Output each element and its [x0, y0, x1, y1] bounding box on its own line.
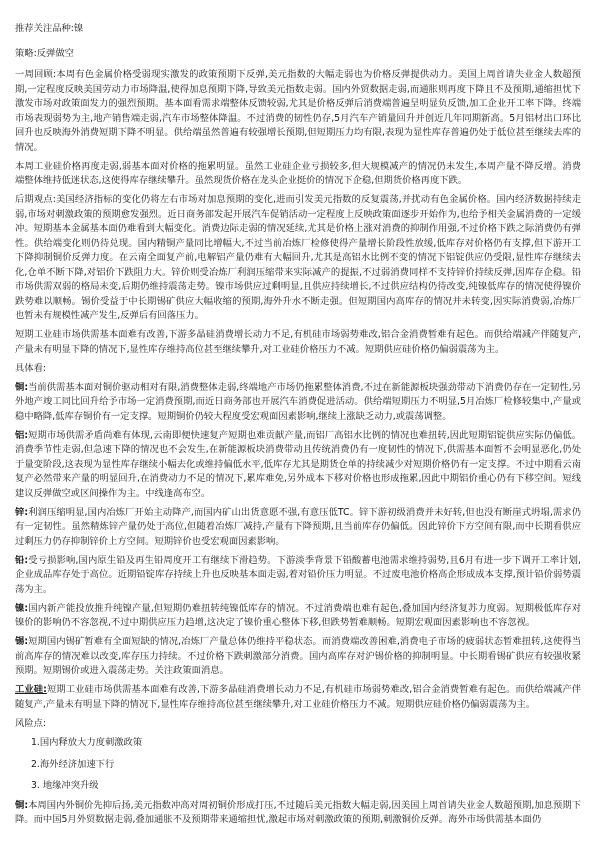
outlook-paragraph: 后期观点:美国经济指标的变化仍将左右市场对加息预期的变化,进而引发美元指数的反复…	[15, 193, 581, 324]
detail-heading: 具体看:	[15, 362, 581, 377]
industrial-silicon-view-paragraph: 工业硅:短期工业硅市场供需基本面难有改善,下游多晶硅消费增长动力不足,有机硅市场…	[15, 683, 581, 712]
industrial-silicon-label: 工业硅:	[15, 684, 47, 695]
copper-weekly-label: 铜:	[15, 800, 28, 811]
zinc-label: 锌:	[15, 507, 28, 518]
copper-weekly-paragraph: 铜:本周国内外铜价先抑后扬,美元指数冲高对周初铜价形成打压,不过随后美元指数大幅…	[15, 799, 581, 828]
aluminum-view-paragraph: 铝:短期市场供需矛盾尚难有体现,云南即便快速复产短期也难贡献产量,而铝厂高铝水比…	[15, 429, 581, 502]
copper-view-text: 当前供需基本面对铜价驱动相对有限,消费整体走弱,终端地产市场仍拖累整体消费,不过…	[15, 382, 581, 422]
recommended-variety-line: 推荐关注品种:镍	[15, 22, 581, 37]
weekly-review-paragraph: 一周回顾:本周有色金属价格受弱现实激发的政策预期下反弹,美元指数的大幅走弱也为价…	[15, 68, 581, 155]
tin-label: 锡:	[15, 636, 28, 647]
aluminum-view-text: 短期市场供需矛盾尚难有体现,云南即便快速复产短期也难贡献产量,而铝厂高铝水比例的…	[15, 430, 581, 499]
zinc-view-text: 利润压缩明显,国内冶炼厂开始主动降产,而国内矿山出货意愿不强,有意压低TC。锌下…	[15, 507, 581, 547]
aluminum-label: 铝:	[15, 430, 28, 441]
silicon-week-paragraph: 本周工业硅价格再度走弱,弱基本面对价格的拖累明显。虽然工业硅企业亏损较多,但大规…	[15, 160, 581, 189]
strategy-line: 策略:反弹做空	[15, 47, 581, 62]
nickel-label: 镍:	[15, 603, 28, 614]
silicon-outlook-paragraph: 短期工业硅市场供需基本面难有改善,下游多晶硅消费增长动力不足,有机硅市场弱势难改…	[15, 328, 581, 357]
research-report-page: 推荐关注品种:镍 策略:反弹做空 一周回顾:本周有色金属价格受弱现实激发的政策预…	[0, 0, 595, 842]
industrial-silicon-view-text: 短期工业硅市场供需基本面难有改善,下游多晶硅消费增长动力不足,有机硅市场弱势难改…	[15, 684, 581, 710]
zinc-view-paragraph: 锌:利润压缩明显,国内冶炼厂开始主动降产,而国内矿山出货意愿不强,有意压低TC。…	[15, 506, 581, 550]
copper-weekly-text: 本周国内外铜价先抑后扬,美元指数冲高对周初铜价形成打压,不过随后美元指数大幅走弱…	[15, 800, 581, 826]
nickel-view-paragraph: 镍:国内新产能投放推升纯镍产量,但短期仍难扭转纯镍低库存的情况。不过消费端也难有…	[15, 602, 581, 631]
tin-view-paragraph: 锡:短期国内锡矿暂难有全面短缺的情况,冶炼厂产量总体仍维持平稳状态。而消费端改善…	[15, 635, 581, 679]
risk-item-3: 3. 地缘冲突升级	[15, 779, 581, 794]
lead-label: 铅:	[15, 555, 28, 566]
copper-view-paragraph: 铜:当前供需基本面对铜价驱动相对有限,消费整体走弱,终端地产市场仍拖累整体消费,…	[15, 381, 581, 425]
risks-heading: 风险点:	[15, 717, 581, 732]
copper-label: 铜:	[15, 382, 28, 393]
risk-item-1: 1.国内释放大力度刺激政策	[15, 736, 581, 751]
risk-item-2: 2.海外经济加速下行	[15, 758, 581, 773]
lead-view-text: 受亏损影响,国内原生铅及再生铅周度开工有继续下滑趋势。下游淡季背景下铅酸蓄电池需…	[15, 555, 581, 595]
lead-view-paragraph: 铅:受亏损影响,国内原生铅及再生铅周度开工有继续下滑趋势。下游淡季背景下铅酸蓄电…	[15, 554, 581, 598]
tin-view-text: 短期国内锡矿暂难有全面短缺的情况,冶炼厂产量总体仍维持平稳状态。而消费端改善困难…	[15, 636, 581, 676]
nickel-view-text: 国内新产能投放推升纯镍产量,但短期仍难扭转纯镍低库存的情况。不过消费端也难有起色…	[15, 603, 581, 629]
